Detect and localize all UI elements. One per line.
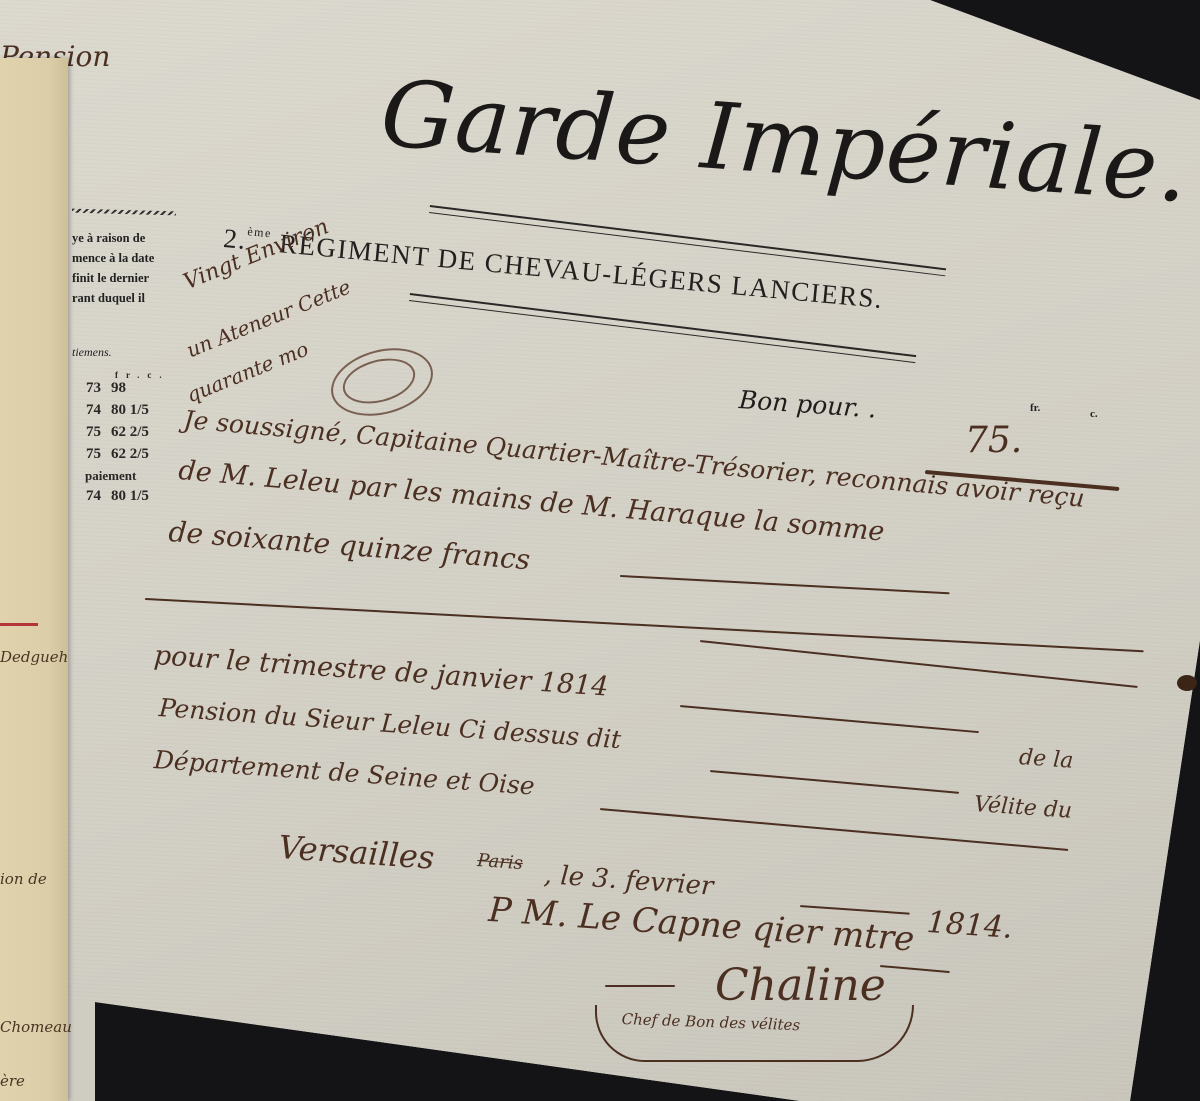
amount-value: 75. xyxy=(965,420,1022,461)
centimes-label: c. xyxy=(1090,408,1098,420)
payments-column-headers: fr.c. xyxy=(115,370,170,380)
slip-fragment: Chomeau xyxy=(0,1018,72,1036)
printed-line: mence à la date xyxy=(72,248,154,268)
signature-name: Chaline xyxy=(715,960,886,1011)
payment-row: 7562 2/5 xyxy=(75,424,170,446)
overlapping-slip xyxy=(0,58,68,1101)
slip-red-rule xyxy=(0,623,38,626)
payment-row: 7480 1/5 xyxy=(75,488,170,510)
payments-table: fr.c. 7398 7480 1/5 7562 2/5 7562 2/5 pa… xyxy=(75,370,170,510)
slip-fragment: ère xyxy=(0,1072,25,1090)
payment-row: 7480 1/5 xyxy=(75,402,170,424)
printed-line: rant duquel il xyxy=(72,288,154,308)
payment-note: paiement xyxy=(75,468,170,488)
payment-row: 7562 2/5 xyxy=(75,446,170,468)
printed-line: finit le dernier xyxy=(72,268,154,288)
slip-fragment: Dedgueh xyxy=(0,648,68,666)
struck-place-name: Paris xyxy=(477,850,524,874)
date-year: 1814. xyxy=(926,905,1014,946)
ink-blot xyxy=(1177,675,1197,691)
slip-fragment: ion de xyxy=(0,870,47,888)
left-sheet-printed-text: ye à raison de mence à la date finit le … xyxy=(72,228,154,308)
margin-word-de-la: de la xyxy=(1018,745,1074,774)
printed-line: ye à raison de xyxy=(72,228,154,248)
signature-flourish xyxy=(595,1005,914,1062)
payment-row: 7398 xyxy=(75,380,170,402)
signature-dash xyxy=(605,985,675,987)
francs-label: fr. xyxy=(1030,402,1040,414)
payments-heading: tiemens. xyxy=(72,345,112,360)
